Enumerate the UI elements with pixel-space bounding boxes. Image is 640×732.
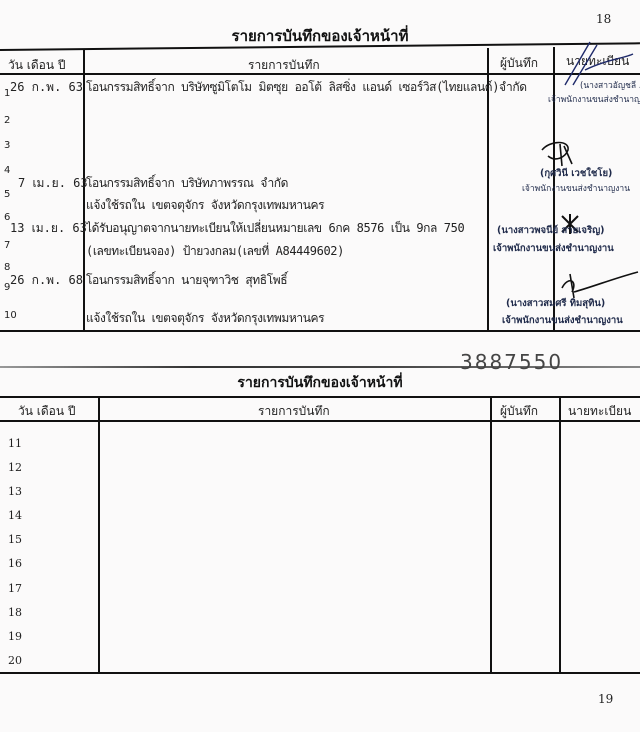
row-number: 11 [8, 437, 22, 450]
header-recorder: ผู้บันทึก [500, 402, 538, 421]
row-number: 17 [8, 582, 22, 595]
row-number: 20 [8, 654, 22, 667]
row-number: 16 [8, 557, 22, 570]
header-date: วัน เดือน ปี [18, 402, 76, 421]
page-number-bottom: 19 [598, 692, 613, 706]
divider [0, 396, 640, 398]
header-entry: รายการบันทึก [258, 402, 330, 421]
row-number: 14 [8, 509, 22, 522]
bottom-record-table: วัน เดือน ปี รายการบันทึก ผู้บันทึก นายท… [0, 0, 640, 700]
header-registrar: นายทะเบียน [568, 402, 631, 421]
row-number: 12 [8, 461, 22, 474]
divider [559, 396, 561, 673]
divider [98, 396, 100, 673]
row-number: 19 [8, 630, 22, 643]
divider [0, 672, 640, 674]
row-number: 13 [8, 485, 22, 498]
row-number: 15 [8, 533, 22, 546]
row-number: 18 [8, 606, 22, 619]
divider [490, 396, 492, 673]
